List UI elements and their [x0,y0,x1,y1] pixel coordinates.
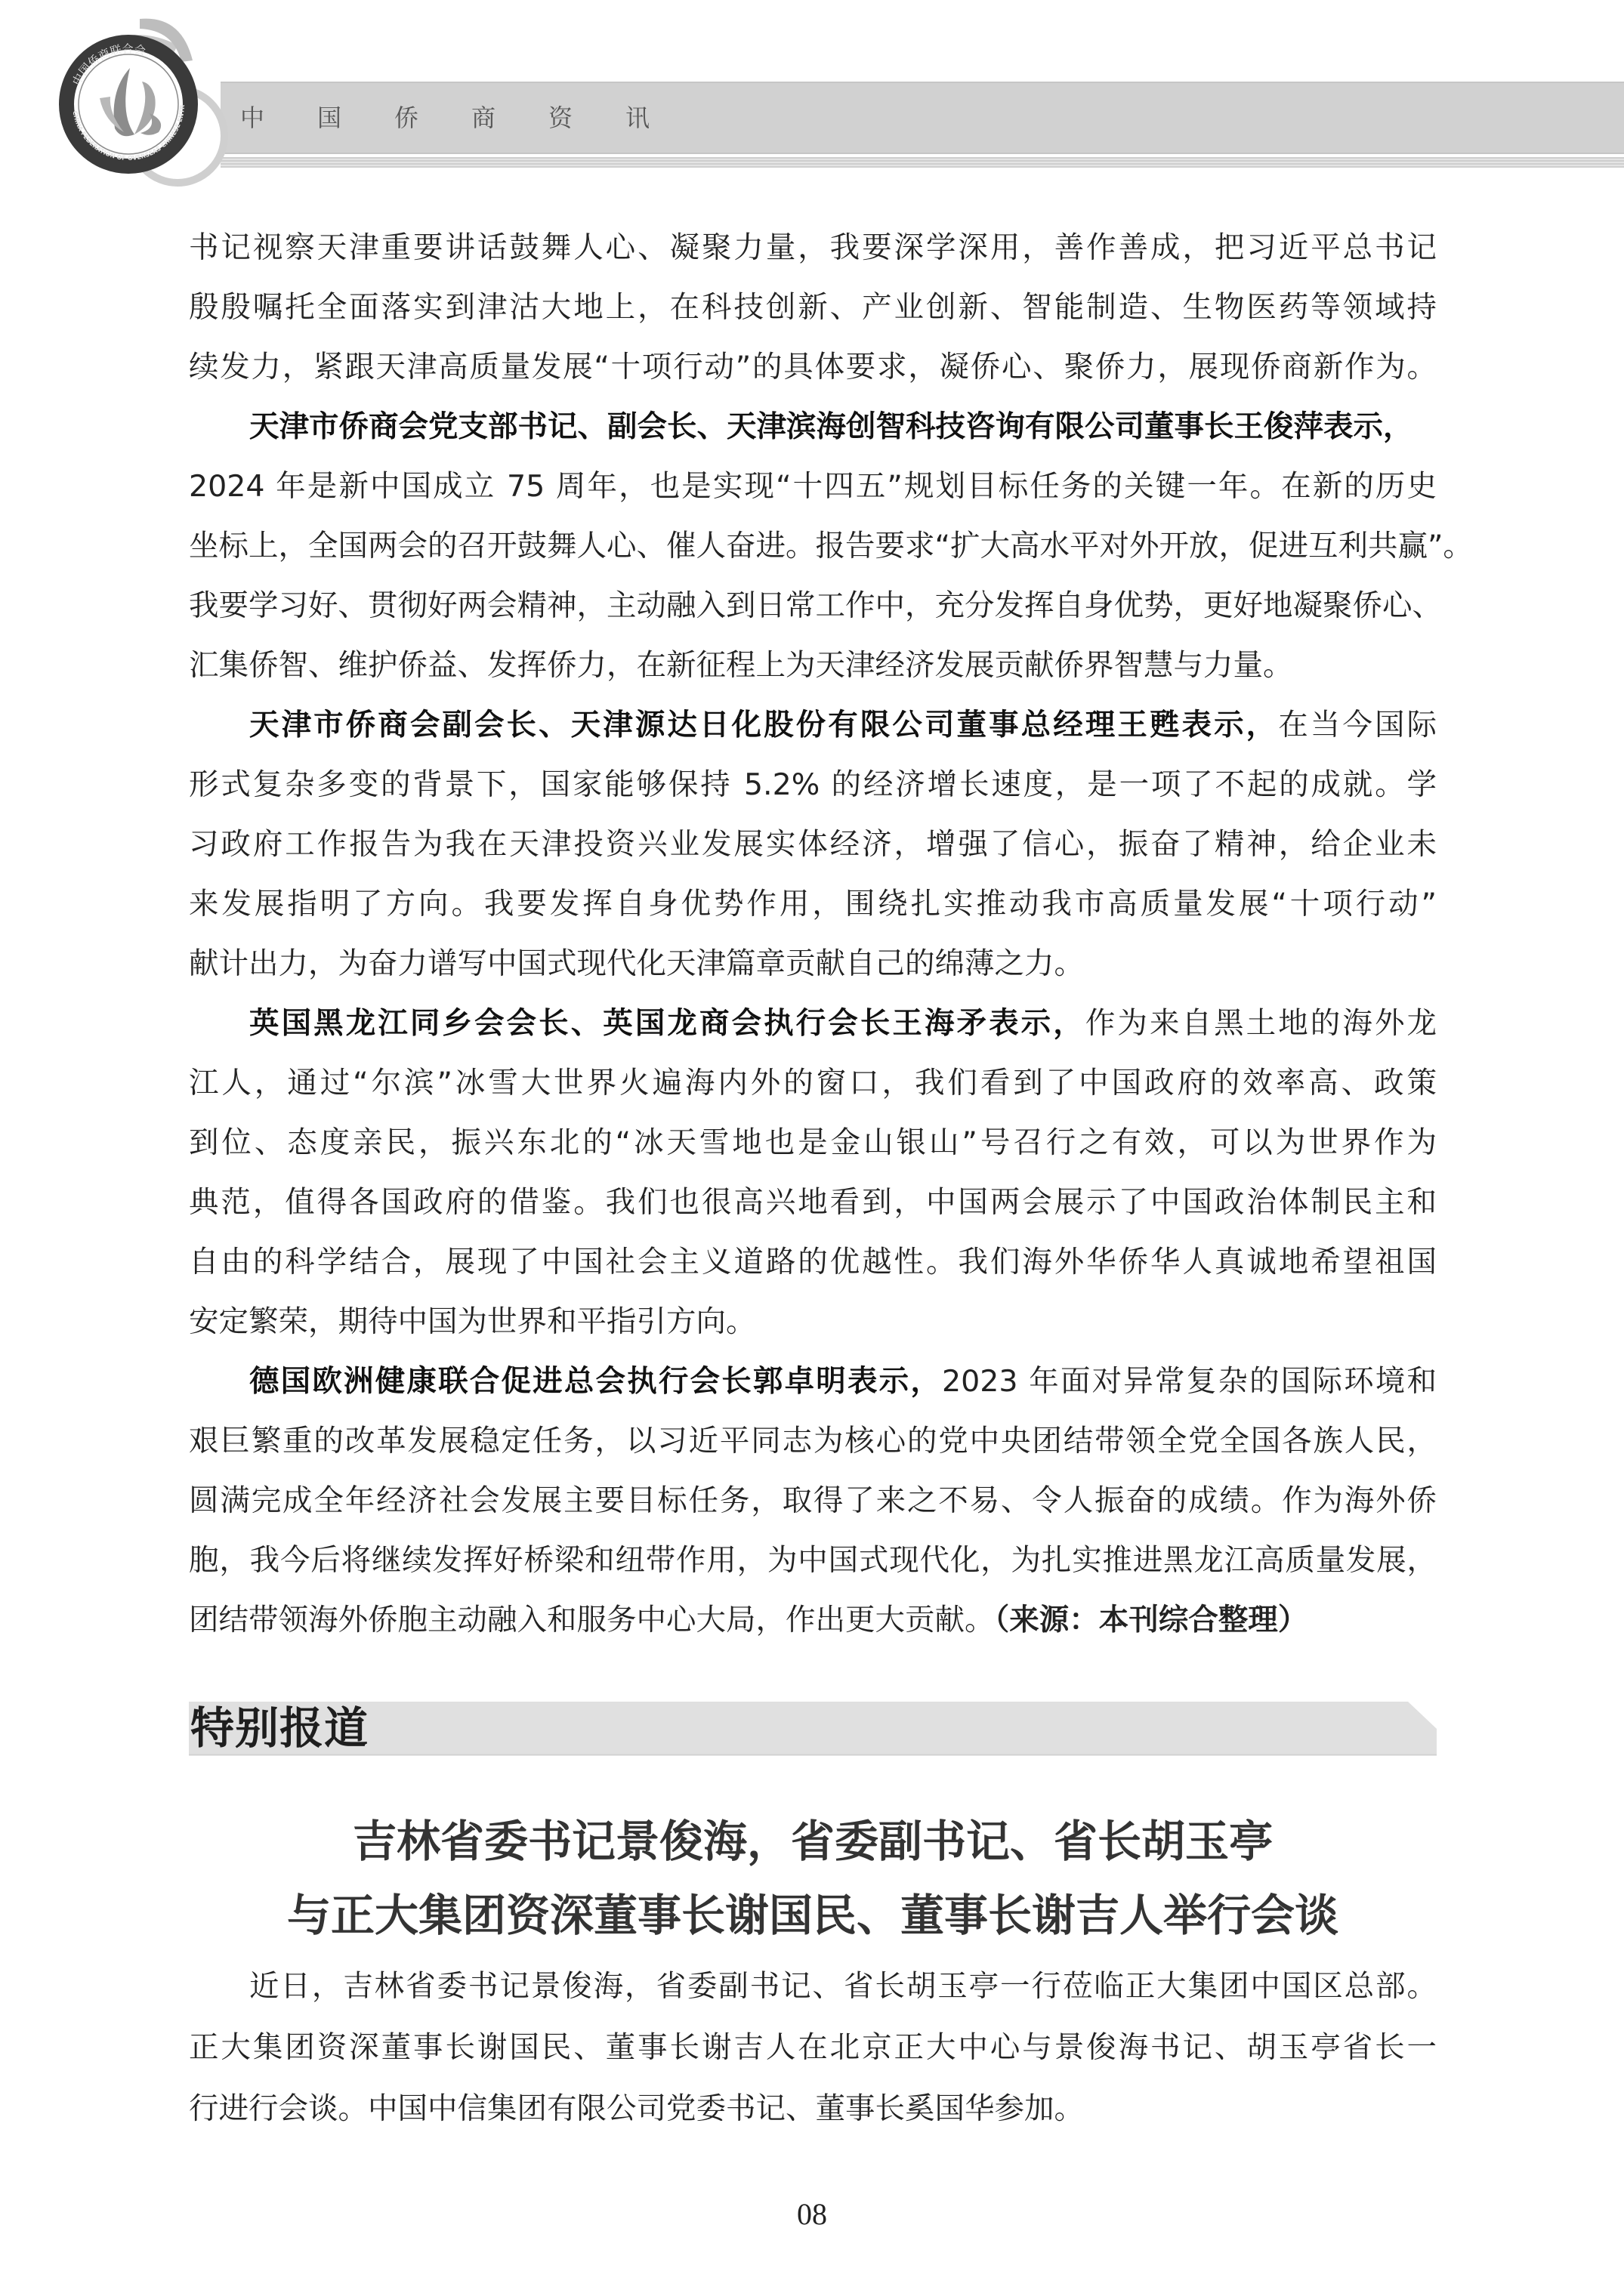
header-stripe [221,157,1624,168]
paragraph-line: 安定繁荣，期待中国为世界和平指引方向。 [189,1292,1437,1352]
paragraph-line: 典范，值得各国政府的借鉴。我们也很高兴地看到，中国两会展示了中国政治体制民主和 [189,1172,1437,1233]
paragraph-line: 胞，我今后将继续发挥好桥梁和纽带作用，为中国式现代化，为扎实推进黑龙江高质量发展… [189,1530,1437,1591]
paragraph-line: 到位、态度亲民，振兴东北的“冰天雪地也是金山银山”号召行之有效，可以为世界作为 [189,1113,1437,1173]
paragraph-line: 形式复杂多变的背景下，国家能够保持 5.2% 的经济增长速度，是一项了不起的成就… [189,755,1437,815]
section-title: 特别报道 [190,1703,369,1753]
title-char: 国 [317,99,394,134]
title-char: 资 [548,99,625,134]
paragraph-line: 汇集侨智、维护侨益、发挥侨力，在新征程上为天津经济发展贡献侨界智慧与力量。 [189,635,1437,696]
paragraph-line: 书记视察天津重要讲话鼓舞人心、凝聚力量，我要深学深用，善作善成，把习近平总书记 [189,218,1437,278]
title-char: 商 [471,99,548,134]
section-banner: 特别报道 [189,1702,1437,1754]
paragraph-last-line: 团结带领海外侨胞主动融入和服务中心大局，作出更大贡献。（来源：本刊综合整理） [189,1590,1437,1650]
paragraph-line: 来发展指明了方向。我要发挥自身优势作用，围绕扎实推动我市高质量发展“十项行动” [189,874,1437,934]
paragraph-line: 正大集团资深董事长谢国民、董事长谢吉人在北京正大中心与景俊海书记、胡玉亭省长一 [189,2017,1437,2078]
paragraph-lead-line: 天津市侨商会党支部书记、副会长、天津滨海创智科技咨询有限公司董事长王俊萍表示， [189,397,1437,457]
speaker-lead: 天津市侨商会党支部书记、副会长、天津滨海创智科技咨询有限公司董事长王俊萍表示， [249,409,1413,444]
article-title-line: 吉林省委书记景俊海，省委副书记、省长胡玉亭 [189,1811,1437,1872]
paragraph-line: 行进行会谈。中国中信集团有限公司党委书记、董事长奚国华参加。 [189,2079,1437,2139]
lead-tail: 在当今国际 [1278,708,1437,742]
lead-tail: 2023 年面对异常复杂的国际环境和 [942,1364,1437,1399]
paragraph-line: 殷殷嘱托全面落实到津沽大地上，在科技创新、产业创新、智能制造、生物医药等领域持 [189,277,1437,338]
paragraph-line: 我要学习好、贯彻好两会精神，主动融入到日常工作中，充分发挥自身优势，更好地凝聚侨… [189,576,1437,636]
paragraph-line: 坐标上，全国两会的召开鼓舞人心、催人奋进。报告要求“扩大高水平对外开放，促进互利… [189,516,1437,576]
article-title-line: 与正大集团资深董事长谢国民、董事长谢吉人举行会谈 [189,1885,1437,1946]
source-note: （来源：本刊综合整理） [995,1603,1308,1637]
paragraph-lead-line: 德国欧洲健康联合促进总会执行会长郭卓明表示，2023 年面对异常复杂的国际环境和 [189,1351,1437,1412]
banner-shape [189,1702,1437,1756]
paragraph-lead-line: 天津市侨商会副会长、天津源达日化股份有限公司董事总经理王甦表示，在当今国际 [189,695,1437,755]
paragraph-line: 近日，吉林省委书记景俊海，省委副书记、省长胡玉亭一行莅临正大集团中国区总部。 [189,1956,1437,2017]
paragraph-line: 江人，通过“尔滨”冰雪大世界火遍海内外的窗口，我们看到了中国政府的效率高、政策 [189,1053,1437,1113]
speaker-lead: 英国黑龙江同乡会会长、英国龙商会执行会长王海矛表示， [249,1006,1085,1041]
paragraph-line: 续发力，紧跟天津高质量发展“十项行动”的具体要求，凝侨心、聚侨力，展现侨商新作为… [189,337,1437,397]
paragraph-line: 艰巨繁重的改革发展稳定任务，以习近平同志为核心的党中央团结带领全党全国各族人民， [189,1411,1437,1471]
paragraph-text: 团结带领海外侨胞主动融入和服务中心大局，作出更大贡献。 [189,1603,995,1637]
publication-title: 中 国 侨 商 资 讯 [240,94,702,139]
page-number: 08 [0,2196,1624,2232]
title-char: 侨 [394,99,471,134]
paragraph-lead-line: 英国黑龙江同乡会会长、英国龙商会执行会长王海矛表示，作为来自黑土地的海外龙 [189,993,1437,1054]
paragraph-line: 圆满完成全年经济社会发展主要目标任务，取得了来之不易、令人振奋的成绩。作为海外侨 [189,1471,1437,1531]
paragraph-line: 2024 年是新中国成立 75 周年，也是实现“十四五”规划目标任务的关键一年。… [189,456,1437,517]
lead-tail: 作为来自黑土地的海外龙 [1085,1006,1437,1041]
title-char: 讯 [625,99,702,134]
federation-emblem-icon: 中国侨商联合会 CHINA FEDERATION OF OVERSEAS CHI… [45,8,302,219]
speaker-lead: 天津市侨商会副会长、天津源达日化股份有限公司董事总经理王甦表示， [249,708,1278,742]
speaker-lead: 德国欧洲健康联合促进总会执行会长郭卓明表示， [249,1364,942,1399]
paragraph-line: 习政府工作报告为我在天津投资兴业发展实体经济，增强了信心，振奋了精神，给企业未 [189,814,1437,875]
paragraph-line: 献计出力，为奋力谱写中国式现代化天津篇章贡献自己的绵薄之力。 [189,934,1437,994]
paragraph-line: 自由的科学结合，展现了中国社会主义道路的优越性。我们海外华侨华人真诚地希望祖国 [189,1232,1437,1292]
